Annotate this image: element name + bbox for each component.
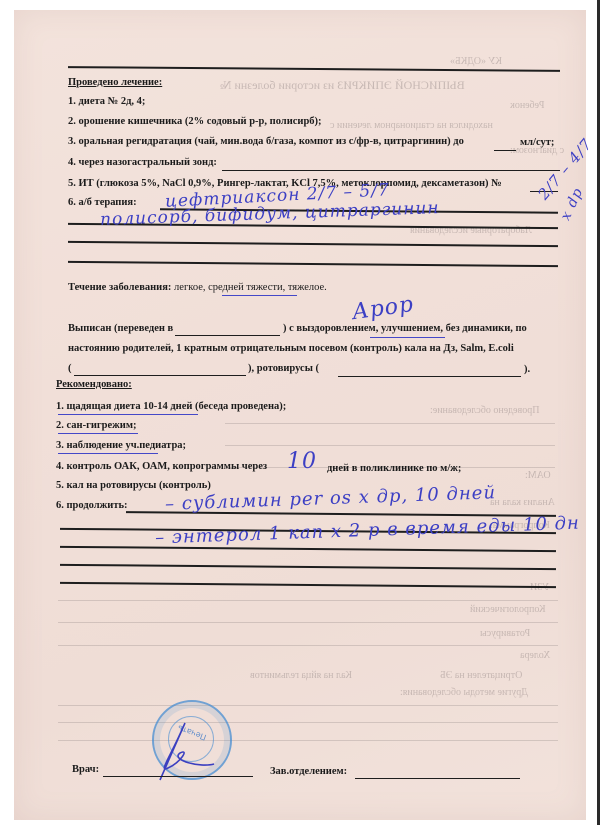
recommended-item: 4. контроль ОАК, ОАМ, копрограммы через: [56, 461, 267, 472]
culture-field-line: [74, 375, 246, 376]
bleed-through-text: находился на стационарном лечении с: [330, 120, 493, 131]
course-options: легкое, средней тяжести, тяжелое.: [174, 282, 327, 293]
treatment-item: 1. диета № 2д, 4;: [68, 96, 145, 107]
bleed-through-text: Холера: [520, 650, 550, 661]
treatment-item: 6. а/б терапия:: [68, 197, 137, 208]
bleed-through-text: Копрологический: [470, 604, 546, 615]
recommended-item-underline: [58, 414, 198, 415]
bleed-through-grid: [225, 423, 555, 424]
doctor-signature-line: [103, 776, 253, 777]
handwritten-continue-2: – энтерол 1 кап x 2 р в время еды 10 дн: [155, 513, 580, 549]
bleed-through-grid: [225, 445, 555, 446]
recommended-item: 6. продолжить:: [56, 500, 128, 511]
head-signature-line: [355, 778, 520, 779]
recommended-item: 2. сан-гигрежим;: [56, 420, 136, 431]
ng-tube-field-line: [222, 170, 560, 171]
bleed-through-text: Кал на яйца гельминтов: [250, 670, 352, 681]
bleed-through-grid: [58, 645, 558, 646]
discharge-text-2: настоянию родителей, 1 кратным отрицател…: [68, 343, 514, 354]
handwritten-followup-days: 10: [287, 449, 317, 474]
bleed-through-grid: [58, 740, 558, 741]
course-label-text: Течение заболевания:: [68, 282, 171, 293]
bleed-through-text: Проведено обследование:: [430, 405, 539, 416]
bleed-through-text: Анализ кала на: [490, 497, 555, 508]
rotavirus-field-line: [338, 376, 521, 377]
recommended-item-underline: [58, 433, 138, 434]
treatment-item: 3. оральная регидратация (чай, мин.вода …: [68, 136, 464, 147]
discharge-form: КУ «ОДКБ» ВЫПИСНОЙ ЭПИКРИЗ из истории бо…: [0, 0, 600, 825]
recommended-item-underline: [58, 453, 158, 454]
bleed-through-text: Отрицателен на ЭБ: [440, 670, 522, 681]
bleed-through-grid: [58, 622, 558, 623]
doctor-label: Врач:: [72, 764, 99, 775]
recommended-item: 1. щадящая диета 10-14 дней (беседа пров…: [56, 401, 286, 412]
discharge-text-3b: ), ротовирусы (: [248, 363, 319, 374]
handwritten-discharge-destination: Арор: [351, 292, 416, 325]
handwritten-it-extra: x dp: [558, 185, 587, 223]
bleed-through-text: Другие методы обследования:: [400, 687, 528, 698]
treatment-item: 2. орошение кишечника (2% содовый р-р, п…: [68, 116, 322, 127]
bleed-through-text: Ребенок: [510, 100, 544, 111]
discharge-text-1b: ) с выздоровлением, улучшением, без дина…: [283, 323, 527, 334]
continue-line: [60, 564, 556, 570]
bleed-through-grid: [58, 600, 558, 601]
recommended-heading: Рекомендовано:: [56, 379, 132, 390]
treatment-heading: Проведено лечение:: [68, 77, 162, 88]
course-label: Течение заболевания: легкое, средней тяж…: [68, 282, 327, 293]
discharge-text-3c: ).: [524, 364, 530, 375]
bleed-through-grid: [58, 722, 558, 723]
blank-line: [68, 241, 558, 247]
bleed-through-text: ОАМ:: [525, 470, 551, 481]
followup-suffix: дней в поликлинике по м/ж;: [327, 463, 461, 474]
handwritten-continue-1: – сублимин per os x др, 10 дней: [165, 482, 497, 515]
continue-line: [60, 582, 556, 588]
doctor-signature: [150, 718, 220, 788]
discharge-selection-underline: [370, 337, 445, 338]
discharge-text-1a: Выписан (переведен в: [68, 323, 173, 334]
discharge-text-3a: (: [68, 363, 72, 374]
bleed-through-text: КУ «ОДКБ»: [450, 56, 502, 67]
volume-unit: мл/сут;: [520, 137, 554, 148]
course-selection-underline: [222, 295, 297, 296]
continue-line: [60, 546, 556, 552]
bleed-through-text: Ротавирусы: [480, 628, 530, 639]
blank-line: [68, 261, 558, 267]
treatment-item: 4. через назогастральный зонд:: [68, 157, 217, 168]
recommended-item: 3. наблюдение уч.педиатра;: [56, 440, 186, 451]
volume-field-line: [494, 150, 516, 151]
head-of-department-label: Зав.отделением:: [270, 766, 347, 777]
transfer-field-line: [175, 335, 280, 336]
bleed-through-text: ВЫПИСНОЙ ЭПИКРИЗ из истории болезни №: [220, 78, 465, 93]
bleed-through-grid: [58, 705, 558, 706]
recommended-item: 5. кал на ротовирусы (контроль): [56, 480, 211, 491]
